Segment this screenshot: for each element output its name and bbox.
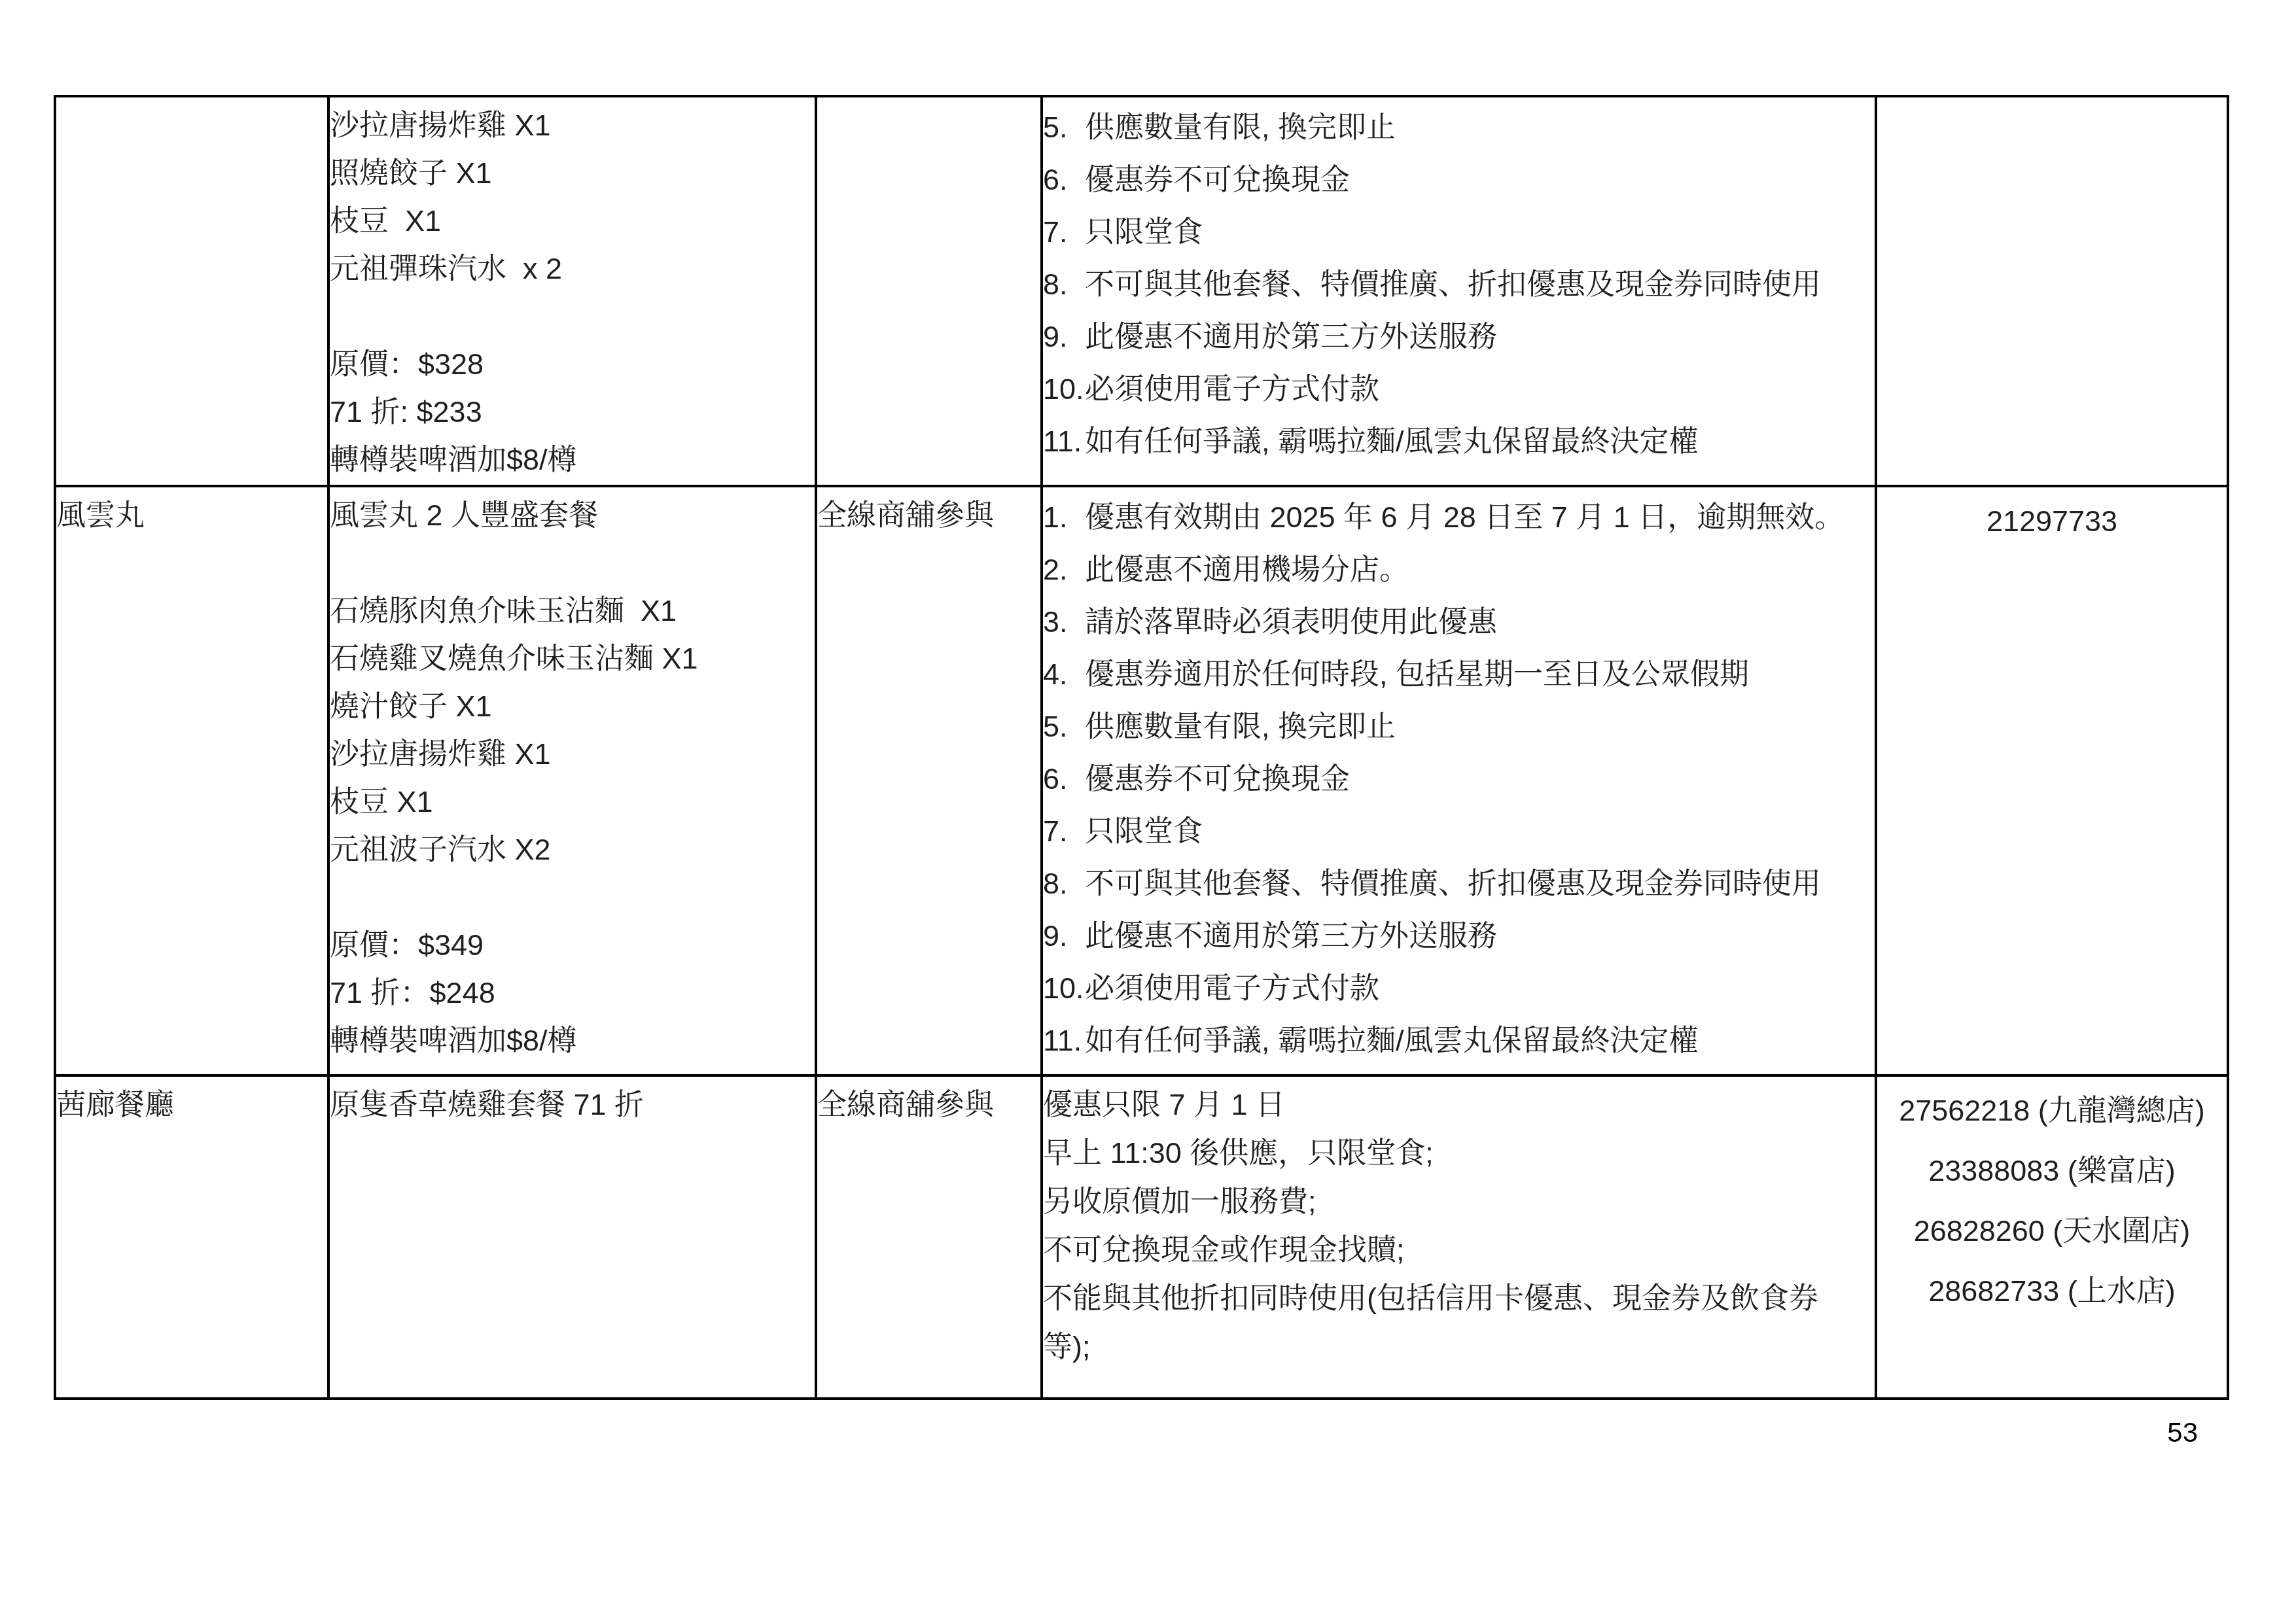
term-item: 2.此優惠不適用機場分店。 (1043, 544, 1875, 596)
term-number: 1. (1043, 491, 1085, 544)
term-text: 優惠有效期由 2025 年 6 月 28 日至 7 月 1 日，逾期無效。 (1085, 491, 1875, 544)
offer-line-blank (330, 292, 815, 340)
term-line: 不可兌換現金或作現金找贖; (1043, 1226, 1875, 1274)
table-row: 沙拉唐揚炸雞 X1 照燒餃子 X1 枝豆 X1 元祖彈珠汽水 x 2 原價：$3… (55, 96, 2228, 486)
term-number: 3. (1043, 596, 1085, 648)
participation-cell (816, 96, 1042, 486)
phone-line: 23388083 (樂富店) (1877, 1141, 2227, 1201)
offer-line: 原價：$328 (330, 340, 815, 388)
term-text: 此優惠不適用機場分店。 (1085, 544, 1875, 596)
term-text: 只限堂食 (1085, 206, 1875, 258)
term-number: 10. (1043, 962, 1085, 1015)
term-line: 早上 11:30 後供應，只限堂食; (1043, 1129, 1875, 1178)
term-text: 如有任何爭議, 霸嗎拉麵/風雲丸保留最終決定權 (1085, 1015, 1875, 1067)
offer-line: 石燒雞叉燒魚介味玉沾麵 X1 (330, 635, 815, 682)
term-number: 6. (1043, 753, 1085, 805)
merchant-name-cell: 風雲丸 (55, 486, 328, 1075)
terms-cell: 5.供應數量有限, 換完即止 6.優惠券不可兌換現金 7.只限堂食 8.不可與其… (1042, 96, 1876, 486)
document-page: { "page_number": "53", "colors": { "text… (0, 0, 2296, 1623)
term-item: 10.必須使用電子方式付款 (1043, 962, 1875, 1015)
phone-cell: 27562218 (九龍灣總店) 23388083 (樂富店) 26828260… (1876, 1075, 2228, 1399)
term-text: 不可與其他套餐、特價推廣、折扣優惠及現金券同時使用 (1085, 258, 1875, 311)
offer-line: 石燒豚肉魚介味玉沾麵 X1 (330, 587, 815, 635)
term-text: 此優惠不適用於第三方外送服務 (1085, 910, 1875, 962)
offer-line: 沙拉唐揚炸雞 X1 (330, 101, 815, 149)
term-text: 優惠券不可兌換現金 (1085, 154, 1875, 206)
offer-line-blank (330, 539, 815, 587)
term-number: 9. (1043, 311, 1085, 363)
term-item: 3.請於落單時必須表明使用此優惠 (1043, 596, 1875, 648)
offer-cell: 沙拉唐揚炸雞 X1 照燒餃子 X1 枝豆 X1 元祖彈珠汽水 x 2 原價：$3… (328, 96, 816, 486)
phone-cell (1876, 96, 2228, 486)
term-number: 7. (1043, 805, 1085, 858)
offer-line: 燒汁餃子 X1 (330, 682, 815, 730)
term-line: 優惠只限 7 月 1 日 (1043, 1081, 1875, 1129)
participation-cell: 全線商舖參與 (816, 486, 1042, 1075)
term-text: 不可與其他套餐、特價推廣、折扣優惠及現金券同時使用 (1085, 858, 1875, 910)
term-number: 9. (1043, 910, 1085, 962)
term-text: 請於落單時必須表明使用此優惠 (1085, 596, 1875, 648)
merchant-name-cell (55, 96, 328, 486)
term-number: 7. (1043, 206, 1085, 258)
participation-cell: 全線商舖參與 (816, 1075, 1042, 1399)
term-text: 供應數量有限, 換完即止 (1085, 101, 1875, 154)
term-text: 只限堂食 (1085, 805, 1875, 858)
offer-line: 風雲丸 2 人豐盛套餐 (330, 491, 815, 539)
term-text: 供應數量有限, 換完即止 (1085, 701, 1875, 753)
table-row: 風雲丸 風雲丸 2 人豐盛套餐 石燒豚肉魚介味玉沾麵 X1 石燒雞叉燒魚介味玉沾… (55, 486, 2228, 1075)
term-number: 8. (1043, 858, 1085, 910)
offer-line: 原隻香草燒雞套餐 71 折 (330, 1081, 815, 1128)
offer-line: 枝豆 X1 (330, 197, 815, 245)
term-text: 如有任何爭議, 霸嗎拉麵/風雲丸保留最終決定權 (1085, 415, 1875, 468)
term-number: 6. (1043, 154, 1085, 206)
term-item: 5.供應數量有限, 換完即止 (1043, 101, 1875, 154)
term-number: 5. (1043, 101, 1085, 154)
term-item: 5.供應數量有限, 換完即止 (1043, 701, 1875, 753)
offer-line: 原價：$349 (330, 921, 815, 969)
offer-line: 元祖彈珠汽水 x 2 (330, 245, 815, 292)
offers-table: 沙拉唐揚炸雞 X1 照燒餃子 X1 枝豆 X1 元祖彈珠汽水 x 2 原價：$3… (54, 95, 2229, 1400)
offer-line-blank (330, 873, 815, 921)
term-number: 11. (1043, 415, 1085, 468)
offer-line: 轉樽裝啤酒加$8/樽 (330, 1017, 815, 1064)
terms-cell: 優惠只限 7 月 1 日 早上 11:30 後供應，只限堂食; 另收原價加一服務… (1042, 1075, 1876, 1399)
term-item: 7.只限堂食 (1043, 805, 1875, 858)
term-number: 8. (1043, 258, 1085, 311)
phone-line: 28682733 (上水店) (1877, 1261, 2227, 1321)
offer-line: 元祖波子汽水 X2 (330, 826, 815, 873)
term-item: 4.優惠券適用於任何時段, 包括星期一至日及公眾假期 (1043, 648, 1875, 701)
term-text: 優惠券適用於任何時段, 包括星期一至日及公眾假期 (1085, 648, 1875, 701)
term-item: 11.如有任何爭議, 霸嗎拉麵/風雲丸保留最終決定權 (1043, 1015, 1875, 1067)
phone-line: 27562218 (九龍灣總店) (1877, 1081, 2227, 1141)
term-line: 另收原價加一服務費; (1043, 1178, 1875, 1226)
term-text: 優惠券不可兌換現金 (1085, 753, 1875, 805)
phone-line: 26828260 (天水圍店) (1877, 1201, 2227, 1261)
term-item: 8.不可與其他套餐、特價推廣、折扣優惠及現金券同時使用 (1043, 858, 1875, 910)
term-item: 1.優惠有效期由 2025 年 6 月 28 日至 7 月 1 日，逾期無效。 (1043, 491, 1875, 544)
offer-cell: 風雲丸 2 人豐盛套餐 石燒豚肉魚介味玉沾麵 X1 石燒雞叉燒魚介味玉沾麵 X1… (328, 486, 816, 1075)
phone-line: 21297733 (1877, 491, 2227, 551)
term-item: 8.不可與其他套餐、特價推廣、折扣優惠及現金券同時使用 (1043, 258, 1875, 311)
term-line: 等); (1043, 1323, 1875, 1371)
offer-line: 轉樽裝啤酒加$8/樽 (330, 436, 815, 483)
offer-line: 照燒餃子 X1 (330, 149, 815, 197)
term-number: 5. (1043, 701, 1085, 753)
term-item: 6.優惠券不可兌換現金 (1043, 753, 1875, 805)
term-number: 11. (1043, 1015, 1085, 1067)
term-item: 9.此優惠不適用於第三方外送服務 (1043, 311, 1875, 363)
offer-line: 枝豆 X1 (330, 778, 815, 826)
term-text: 此優惠不適用於第三方外送服務 (1085, 311, 1875, 363)
term-number: 2. (1043, 544, 1085, 596)
merchant-name-cell: 茜廊餐廳 (55, 1075, 328, 1399)
offer-cell: 原隻香草燒雞套餐 71 折 (328, 1075, 816, 1399)
term-text: 必須使用電子方式付款 (1085, 962, 1875, 1015)
offer-line: 沙拉唐揚炸雞 X1 (330, 730, 815, 778)
page-number: 53 (2167, 1416, 2198, 1449)
term-item: 9.此優惠不適用於第三方外送服務 (1043, 910, 1875, 962)
offer-line: 71 折：$248 (330, 969, 815, 1017)
term-number: 4. (1043, 648, 1085, 701)
terms-cell: 1.優惠有效期由 2025 年 6 月 28 日至 7 月 1 日，逾期無效。 … (1042, 486, 1876, 1075)
term-item: 10.必須使用電子方式付款 (1043, 363, 1875, 415)
table-row: 茜廊餐廳 原隻香草燒雞套餐 71 折 全線商舖參與 優惠只限 7 月 1 日 早… (55, 1075, 2228, 1399)
term-item: 6.優惠券不可兌換現金 (1043, 154, 1875, 206)
term-item: 7.只限堂食 (1043, 206, 1875, 258)
term-line: 不能與其他折扣同時使用(包括信用卡優惠、現金券及飲食券 (1043, 1274, 1875, 1323)
phone-cell: 21297733 (1876, 486, 2228, 1075)
offer-line: 71 折: $233 (330, 388, 815, 436)
term-text: 必須使用電子方式付款 (1085, 363, 1875, 415)
term-number: 10. (1043, 363, 1085, 415)
term-item: 11.如有任何爭議, 霸嗎拉麵/風雲丸保留最終決定權 (1043, 415, 1875, 468)
